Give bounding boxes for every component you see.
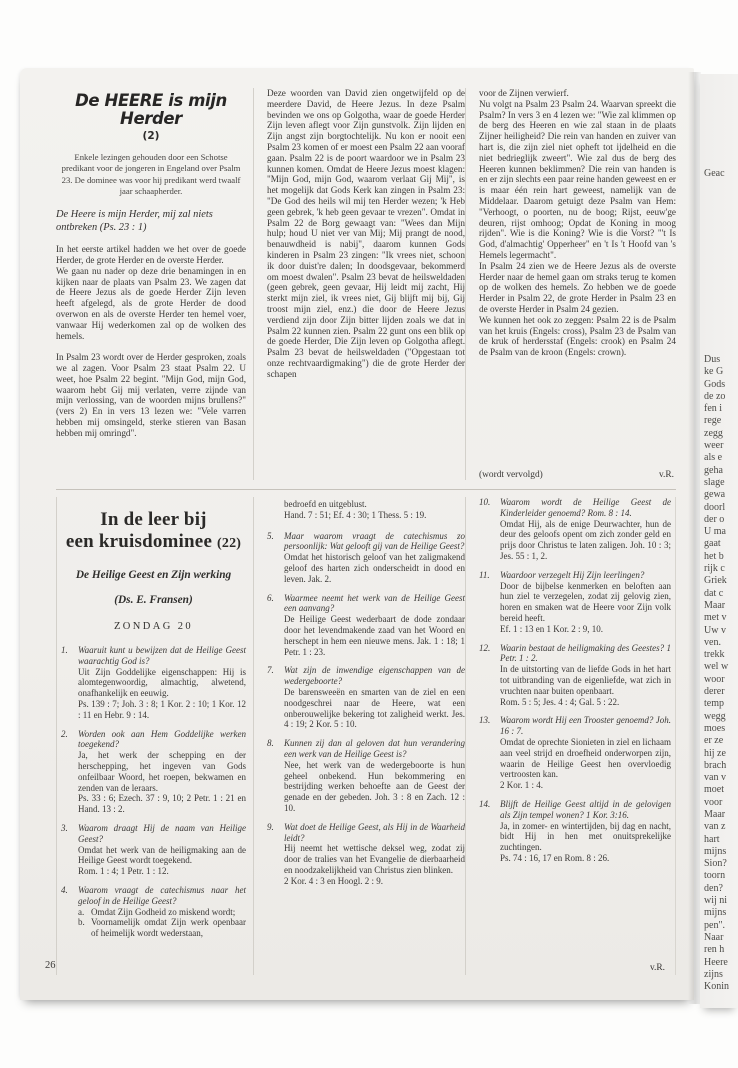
article-kruisdominee: In de leer bij een kruisdominee (22) De …	[56, 497, 676, 975]
qa-item-2: 2. Worden ook aan Hem Goddelijke werken …	[61, 729, 246, 815]
question-number: 13.	[479, 715, 490, 726]
question-number: 6.	[267, 593, 274, 604]
question-number: 7.	[267, 665, 274, 676]
qa-item-14: 14. Blijft de Heilige Geest altijd in de…	[479, 799, 671, 864]
author-initials: v.R.	[659, 470, 674, 480]
catechism-section-heading: ZONDAG 20	[61, 621, 246, 632]
answer-text: Hij neemt het wettische deksel weg, zoda…	[284, 843, 465, 886]
qa-item-6: 6. Waarmee neemt het werk van de Heilige…	[267, 593, 465, 658]
herder-column-1: De HEERE is mijn Herder (2) Enkele lezin…	[56, 88, 253, 480]
answer-sub-item-a: a. Omdat Zijn Godheid zo miskend wordt;	[78, 907, 246, 918]
answer-text: Omdat de oprechte Sionieten in ziel en l…	[500, 737, 671, 791]
answer-text: Uit Zijn Goddelijke eigenschappen: Hij i…	[78, 667, 246, 721]
qa-item-8: 8. Kunnen zij dan al geloven dat hun ver…	[267, 738, 465, 814]
page-number: 26	[45, 960, 56, 971]
kruisdominee-column-1: In de leer bij een kruisdominee (22) De …	[56, 497, 253, 975]
question-number: 9.	[267, 822, 274, 833]
answer-text: Ja, in zomer- en wintertijden, bij dag e…	[500, 821, 671, 864]
kruisdominee-column-2: bedroefd en uitgeblust. Hand. 7 : 51; Ef…	[253, 497, 465, 975]
catechism-title: In de leer bij een kruisdominee (22)	[61, 509, 246, 555]
question-number: 8.	[267, 738, 274, 749]
scanned-spread: De HEERE is mijn Herder (2) Enkele lezin…	[0, 0, 738, 1068]
answer-text: Nee, het werk van de wedergeboorte is hu…	[284, 760, 465, 814]
article-motto: De Heere is mijn Herder, mij zal niets o…	[56, 209, 246, 234]
adjacent-page-edge: Geac Dus ke G Gods de zo fen i rege zegg…	[700, 74, 738, 1008]
answer-sub-text: Omdat Zijn Godheid zo miskend wordt;	[91, 907, 246, 918]
catechism-part-number: (22)	[217, 536, 241, 551]
question-text: Waardoor verzegelt Hij Zijn leerlingen?	[500, 570, 671, 581]
question-number: 2.	[61, 729, 68, 740]
answer-sub-label: b.	[78, 917, 85, 928]
question-text: Waaruit kunt u bewijzen dat de Heilige G…	[78, 645, 246, 667]
article-herder: De HEERE is mijn Herder (2) Enkele lezin…	[56, 88, 676, 480]
page-content: De HEERE is mijn Herder (2) Enkele lezin…	[56, 88, 676, 975]
answer-text: De barensweeën en smarten van de ziel en…	[284, 687, 465, 730]
continuation-note: (wordt vervolgd)	[479, 470, 543, 480]
answer-text: Omdat Hij, als de enige Deurwachter, hun…	[500, 519, 671, 562]
magazine-page: De HEERE is mijn Herder (2) Enkele lezin…	[20, 68, 694, 1000]
article-part-number: (2)	[56, 130, 246, 142]
question-text: Waarom wordt Hij een Trooster genoemd? J…	[500, 715, 671, 737]
author-initials: v.R.	[479, 959, 671, 975]
answer-text: Omdat het historisch geloof van het zali…	[284, 552, 465, 584]
qa-item-3: 3. Waarom draagt Hij de naam van Heilige…	[61, 823, 246, 877]
herder-column-3-text: voor de Zijnen verwierf. Nu volgt na Psa…	[479, 88, 676, 358]
qa-item-10: 10. Waarom wordt de Heilige Geest de Kin…	[479, 497, 671, 562]
qa-item-13: 13. Waarom wordt Hij een Trooster genoem…	[479, 715, 671, 791]
article-title: De HEERE is mijn Herder	[56, 92, 246, 128]
qa-item-4: 4. Waarom vraagt de catechismus naar het…	[61, 885, 246, 939]
adjacent-page-text-fragment: Geac	[704, 168, 725, 179]
answer-text: Ja, het werk der schepping en der hersch…	[78, 750, 246, 815]
herder-column-1-text: In het eerste artikel hadden we het over…	[56, 244, 246, 438]
question-text: Worden ook aan Hem Goddelijke werken toe…	[78, 729, 246, 751]
question-number: 10.	[479, 497, 490, 508]
question-number: 1.	[61, 645, 68, 656]
answer-text: De Heilige Geest wederbaart de dode zond…	[284, 614, 465, 657]
question-number: 14.	[479, 799, 490, 810]
question-number: 12.	[479, 643, 490, 654]
answer-continuation: bedroefd en uitgeblust. Hand. 7 : 51; Ef…	[267, 499, 465, 521]
catechism-title-line1: In de leer bij	[100, 509, 206, 530]
question-text: Waarom wordt de Heilige Geest de Kinderl…	[500, 497, 671, 519]
question-text: Waarin bestaat de heiligmaking des Geest…	[500, 643, 671, 665]
herder-column-2: Deze woorden van David zien ongetwijfeld…	[253, 88, 465, 480]
answer-sub-item-b: b. Voornamelijk omdat Zijn werk openbaar…	[78, 917, 246, 939]
question-number: 4.	[61, 885, 68, 896]
kruisdominee-column-3: 10. Waarom wordt de Heilige Geest de Kin…	[465, 497, 676, 975]
question-number: 3.	[61, 823, 68, 834]
answer-sub-text: Voornamelijk omdat Zijn werk openbaar of…	[91, 917, 246, 939]
catechism-author: (Ds. E. Fransen)	[61, 594, 246, 606]
question-text: Waarom vraagt de catechismus naar het ge…	[78, 885, 246, 907]
answer-sub-label: a.	[78, 907, 84, 918]
article-footer: (wordt vervolgd) v.R.	[479, 470, 676, 480]
answer-text: Door de bijbelse kenmerken en beloften a…	[500, 581, 671, 635]
answer-text: Omdat het werk van de heiligmaking aan d…	[78, 845, 246, 877]
question-text: Kunnen zij dan al geloven dat hun verand…	[284, 738, 465, 760]
question-text: Waarom draagt Hij de naam van Heilige Ge…	[78, 823, 246, 845]
question-number: 11.	[479, 570, 490, 581]
catechism-subtitle: De Heilige Geest en Zijn werking	[61, 569, 246, 581]
herder-column-2-text: Deze woorden van David zien ongetwijfeld…	[267, 88, 465, 380]
question-text: Wat zijn de inwendige eigenschappen van …	[284, 665, 465, 687]
qa-item-5: 5. Maar waarom vraagt de catechismus zo …	[267, 531, 465, 585]
section-divider	[56, 489, 676, 490]
question-text: Waarmee neemt het werk van de Heilige Ge…	[284, 593, 465, 615]
qa-item-12: 12. Waarin bestaat de heiligmaking des G…	[479, 643, 671, 708]
question-text: Wat doet de Heilige Geest, als Hij in de…	[284, 822, 465, 844]
answer-text: In de uitstorting van de liefde Gods in …	[500, 664, 671, 707]
qa-item-11: 11. Waardoor verzegelt Hij Zijn leerling…	[479, 570, 671, 635]
question-text: Maar waarom vraagt de catechismus zo per…	[284, 531, 465, 553]
catechism-title-line2: een kruisdominee	[66, 531, 212, 552]
question-text: Blijft de Heilige Geest altijd in de gel…	[500, 799, 671, 821]
qa-item-7: 7. Wat zijn de inwendige eigenschappen v…	[267, 665, 465, 730]
question-number: 5.	[267, 531, 274, 542]
article-intro: Enkele lezingen gehouden door een Schots…	[58, 152, 244, 197]
qa-item-9: 9. Wat doet de Heilige Geest, als Hij in…	[267, 822, 465, 887]
herder-column-3: voor de Zijnen verwierf. Nu volgt na Psa…	[465, 88, 676, 480]
adjacent-page-text-fragments: Dus ke G Gods de zo fen i rege zegg weer…	[704, 354, 738, 993]
qa-item-1: 1. Waaruit kunt u bewijzen dat de Heilig…	[61, 645, 246, 721]
